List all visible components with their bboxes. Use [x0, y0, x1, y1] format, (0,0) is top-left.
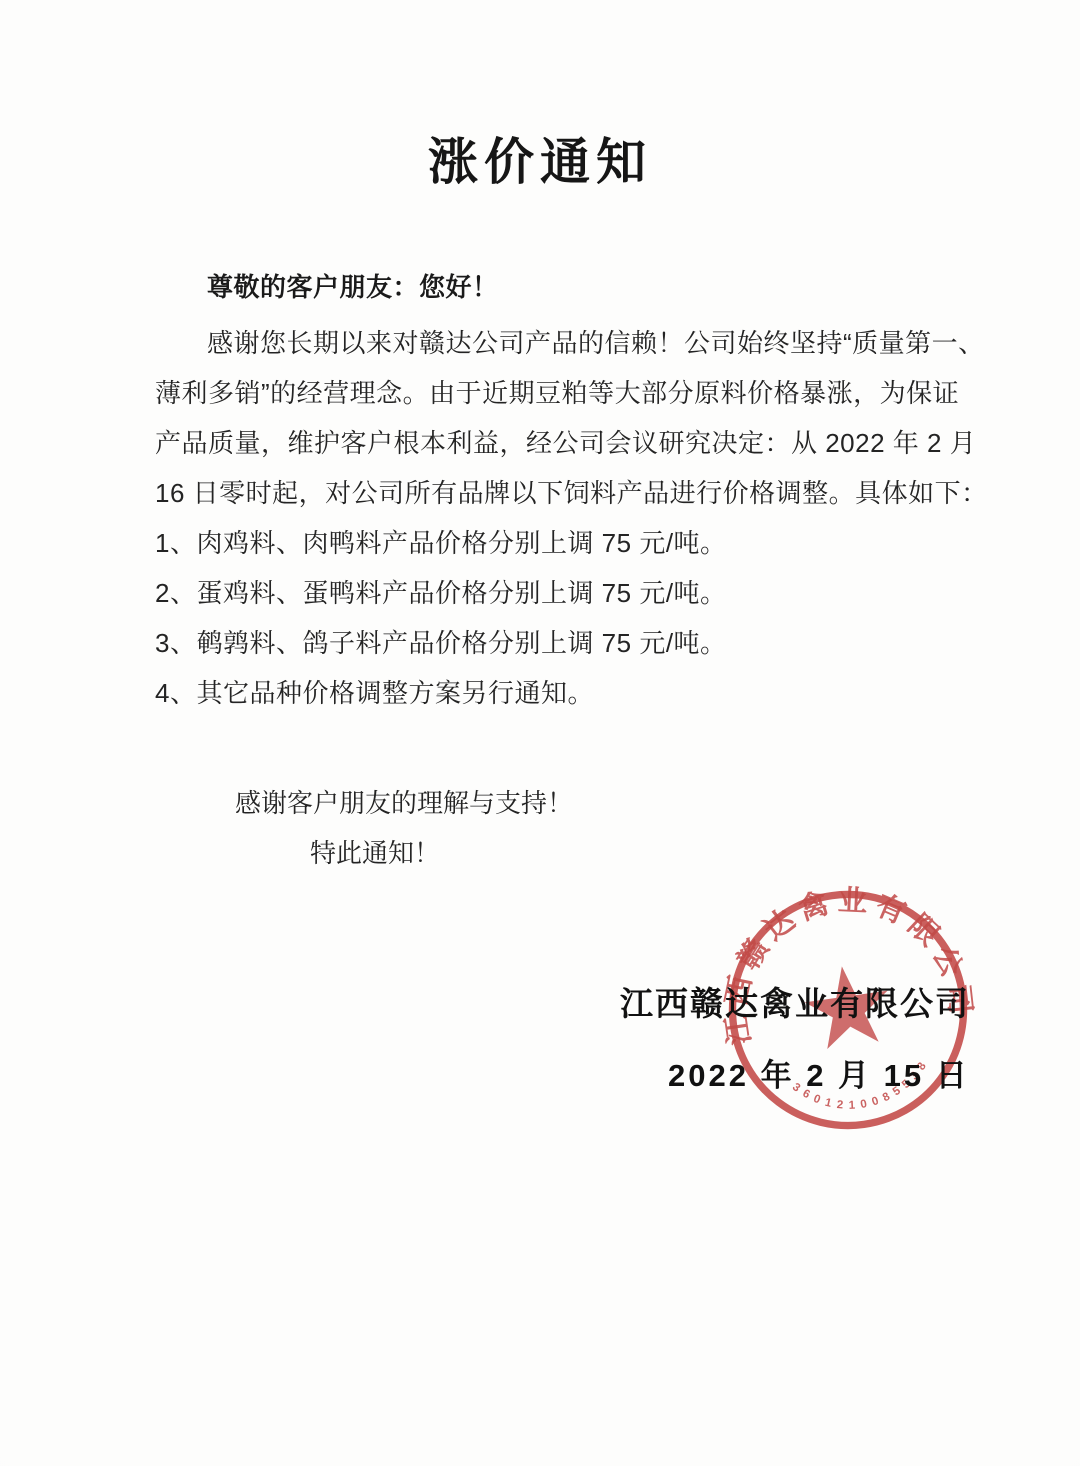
- list-item: 4、其它品种价格调整方案另行通知。: [155, 668, 985, 718]
- signature-date: 2022 年 2 月 15 日: [668, 1050, 970, 1095]
- list-item: 3、鹌鹑料、鸽子料产品价格分别上调 75 元/吨。: [155, 618, 985, 668]
- paragraph-line: 产品质量，维护客户根本利益，经公司会议研究决定：从 2022 年 2 月: [155, 418, 985, 468]
- company-signature: 江西赣达禽业有限公司: [620, 978, 970, 1025]
- paragraph-line: 16 日零时起，对公司所有品牌以下饲料产品进行价格调整。具体如下：: [155, 468, 985, 518]
- notice-document: 涨价通知 尊敬的客户朋友：您好！ 感谢您长期以来对赣达公司产品的信赖！公司始终坚…: [0, 0, 1080, 1466]
- price-adjustment-list: 1、肉鸡料、肉鸭料产品价格分别上调 75 元/吨。 2、蛋鸡料、蛋鸭料产品价格分…: [155, 518, 985, 718]
- closing-block: 感谢客户朋友的理解与支持！ 特此通知！: [155, 778, 573, 878]
- closing-thanks: 感谢客户朋友的理解与支持！: [155, 778, 573, 828]
- page-title: 涨价通知: [0, 122, 1080, 194]
- closing-notice: 特此通知！: [155, 828, 573, 878]
- list-item: 2、蛋鸡料、蛋鸭料产品价格分别上调 75 元/吨。: [155, 568, 985, 618]
- paragraph-line: 薄利多销”的经营理念。由于近期豆粕等大部分原料价格暴涨，为保证: [155, 368, 985, 418]
- paragraph-line: 感谢您长期以来对赣达公司产品的信赖！公司始终坚持“质量第一、: [155, 318, 985, 368]
- list-item: 1、肉鸡料、肉鸭料产品价格分别上调 75 元/吨。: [155, 518, 985, 568]
- salutation: 尊敬的客户朋友：您好！: [155, 262, 985, 312]
- notice-body: 尊敬的客户朋友：您好！ 感谢您长期以来对赣达公司产品的信赖！公司始终坚持“质量第…: [155, 262, 985, 718]
